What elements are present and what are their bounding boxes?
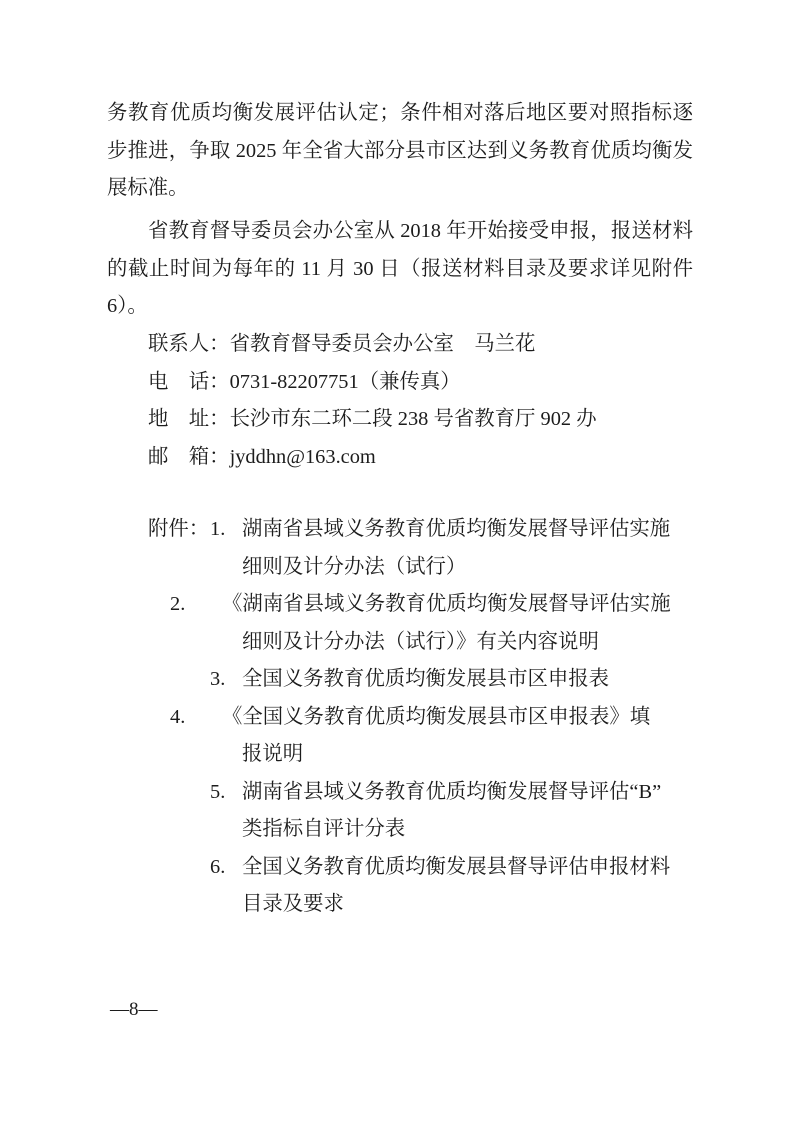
document-page: 务教育优质均衡发展评估认定；条件相对落后地区要对照指标逐 步推进，争取 2025… [0,0,793,1122]
attachment-item-5: 5.湖南省县域义务教育优质均衡发展督导评估“B” 类指标自评计分表 [210,774,708,849]
body-text-line: 省教育督导委员会办公室从 2018 年开始接受申报，报送材料 [107,213,693,251]
attachment-item-number: 1. [210,511,242,549]
attachment-item-number: 4. [190,699,222,737]
attachment-item-text: 湖南省县域义务教育优质均衡发展督导评估实施 [242,518,670,540]
attachment-item-line: 4.《全国义务教育优质均衡发展县市区申报表》填 [242,699,708,737]
attachment-item-text: 全国义务教育优质均衡发展县督导评估申报材料 [242,856,670,878]
contact-info: 联系人：省教育督导委员会办公室 马兰花 电 话：0731-82207751（兼传… [148,326,597,476]
contact-email-row: 邮 箱：jyddhn@163.com [148,439,597,477]
contact-value: 长沙市东二环二段 238 号省教育厅 902 办 [230,408,597,430]
attachment-item-line: 1.湖南省县域义务教育优质均衡发展督导评估实施 [242,511,708,549]
attachment-item-6: 6.全国义务教育优质均衡发展县督导评估申报材料 目录及要求 [210,849,708,924]
contact-label: 电 话： [148,364,230,402]
paragraph-application-deadline: 省教育督导委员会办公室从 2018 年开始接受申报，报送材料 的截止时间为每年的… [107,213,693,326]
contact-label: 联系人： [148,326,230,364]
contact-value: jyddhn@163.com [230,446,376,468]
attachment-item-number: 5. [210,774,242,812]
contact-label: 邮 箱： [148,439,230,477]
contact-address-row: 地 址：长沙市东二环二段 238 号省教育厅 902 办 [148,401,597,439]
contact-value: 省教育督导委员会办公室 马兰花 [230,333,536,355]
attachment-item-line: 报说明 [242,736,708,774]
attachment-item-number: 6. [210,849,242,887]
body-text-line: 步推进，争取 2025 年全省大部分县市区达到义务教育优质均衡发 [107,133,693,171]
attachment-item-line: 6.全国义务教育优质均衡发展县督导评估申报材料 [242,849,708,887]
attachment-item-text: 全国义务教育优质均衡发展县市区申报表 [242,668,609,690]
attachments-label: 附件： [148,511,210,549]
contact-label: 地 址： [148,401,230,439]
attachment-item-line: 细则及计分办法（试行）》有关内容说明 [242,624,708,662]
body-text-line: 6）。 [107,288,693,326]
attachment-item-text: 湖南省县域义务教育优质均衡发展督导评估“B” [242,781,661,803]
contact-phone-row: 电 话：0731-82207751（兼传真） [148,364,597,402]
body-text-line: 展标准。 [107,170,693,208]
attachment-item-1: 1.湖南省县域义务教育优质均衡发展督导评估实施 细则及计分办法（试行） [210,511,708,586]
attachment-item-2: 2.《湖南省县域义务教育优质均衡发展督导评估实施 细则及计分办法（试行）》有关内… [210,586,708,661]
attachment-item-line: 细则及计分办法（试行） [242,549,708,587]
attachment-item-text: 《湖南省县域义务教育优质均衡发展督导评估实施 [222,593,671,615]
attachments-list: 1.湖南省县域义务教育优质均衡发展督导评估实施 细则及计分办法（试行） 2.《湖… [210,511,708,924]
attachment-item-line: 类指标自评计分表 [242,811,708,849]
paragraph-evaluation-standards: 务教育优质均衡发展评估认定；条件相对落后地区要对照指标逐 步推进，争取 2025… [107,95,693,208]
body-text-line: 的截止时间为每年的 11 月 30 日（报送材料目录及要求详见附件 [107,251,693,289]
contact-person-row: 联系人：省教育督导委员会办公室 马兰花 [148,326,597,364]
attachment-item-text: 《全国义务教育优质均衡发展县市区申报表》填 [222,706,650,728]
attachment-item-number: 2. [190,586,222,624]
body-text-line: 务教育优质均衡发展评估认定；条件相对落后地区要对照指标逐 [107,95,693,133]
attachment-item-number: 3. [210,661,242,699]
attachments-section: 附件： 1.湖南省县域义务教育优质均衡发展督导评估实施 细则及计分办法（试行） … [148,511,708,924]
contact-value: 0731-82207751（兼传真） [230,371,461,393]
attachment-item-line: 5.湖南省县域义务教育优质均衡发展督导评估“B” [242,774,708,812]
attachment-item-4: 4.《全国义务教育优质均衡发展县市区申报表》填 报说明 [210,699,708,774]
attachment-item-line: 3.全国义务教育优质均衡发展县市区申报表 [242,661,708,699]
attachment-item-3: 3.全国义务教育优质均衡发展县市区申报表 [210,661,708,699]
attachment-item-line: 目录及要求 [242,886,708,924]
page-number: —8— [110,998,158,1022]
attachment-item-line: 2.《湖南省县域义务教育优质均衡发展督导评估实施 [242,586,708,624]
